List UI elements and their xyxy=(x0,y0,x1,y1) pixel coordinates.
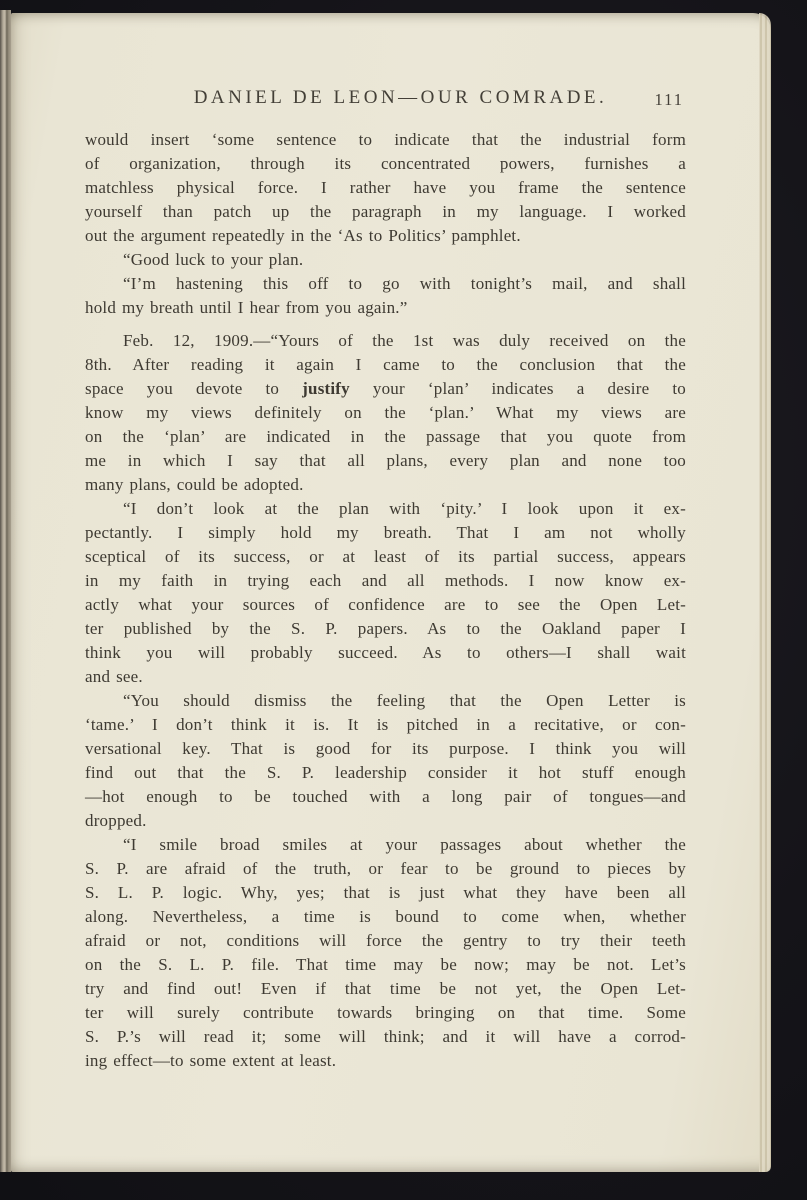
text-line: out the argument repeatedly in the ‘As t… xyxy=(85,224,686,248)
text-segment: space you devote to xyxy=(85,379,302,398)
text-line: ‘tame.’ I don’t think it is. It is pitch… xyxy=(85,713,686,737)
text-line: ing effect—to some extent at least. xyxy=(85,1049,686,1073)
text-line: ter will surely contribute towards bring… xyxy=(85,1001,686,1025)
text-line: versational key. That is good for its pu… xyxy=(85,737,686,761)
text-line: “I don’t look at the plan with ‘pity.’ I… xyxy=(85,497,686,521)
text-line: yourself than patch up the paragraph in … xyxy=(85,200,686,224)
text-line: ter published by the S. P. papers. As to… xyxy=(85,617,686,641)
paragraph: Feb. 12, 1909.—“Yours of the 1st was dul… xyxy=(85,329,686,497)
scanned-book-photo: DANIEL DE LEON—OUR COMRADE. 111 would in… xyxy=(0,0,807,1200)
text-line: —hot enough to be touched with a long pa… xyxy=(85,785,686,809)
text-line: “Good luck to your plan. xyxy=(85,248,686,272)
text-line: “I smile broad smiles at your passages a… xyxy=(85,833,686,857)
text-line: me in which I say that all plans, every … xyxy=(85,449,686,473)
text-line: along. Nevertheless, a time is bound to … xyxy=(85,905,686,929)
paragraph: “I don’t look at the plan with ‘pity.’ I… xyxy=(85,497,686,689)
text-line: of organization, through its concentrate… xyxy=(85,152,686,176)
text-line: actly what your sources of confidence ar… xyxy=(85,593,686,617)
book-page: DANIEL DE LEON—OUR COMRADE. 111 would in… xyxy=(11,13,771,1172)
text-line: hold my breath until I hear from you aga… xyxy=(85,296,686,320)
text-line: “I’m hastening this off to go with tonig… xyxy=(85,272,686,296)
text-line: afraid or not, conditions will force the… xyxy=(85,929,686,953)
paragraph: “I’m hastening this off to go with tonig… xyxy=(85,272,686,320)
running-head-title: DANIEL DE LEON—OUR COMRADE. xyxy=(85,87,686,109)
page-header: DANIEL DE LEON—OUR COMRADE. 111 xyxy=(85,87,686,115)
text-line: sceptical of its success, or at least of… xyxy=(85,545,686,569)
text-line: try and find out! Even if that time be n… xyxy=(85,977,686,1001)
text-line: S. P.’s will read it; some will think; a… xyxy=(85,1025,686,1049)
text-line: matchless physical force. I rather have … xyxy=(85,176,686,200)
text-line: 8th. After reading it again I came to th… xyxy=(85,353,686,377)
paragraph: “Good luck to your plan. xyxy=(85,248,686,272)
text-line: Feb. 12, 1909.—“Yours of the 1st was dul… xyxy=(85,329,686,353)
text-line: on the S. L. P. file. That time may be n… xyxy=(85,953,686,977)
text-line: would insert ‘some sentence to indicate … xyxy=(85,128,686,152)
text-line: know my views definitely on the ‘plan.’ … xyxy=(85,401,686,425)
text-line: S. L. P. logic. Why, yes; that is just w… xyxy=(85,881,686,905)
page-number: 111 xyxy=(654,90,684,110)
bold-word: justify xyxy=(302,379,350,398)
paragraph: “You should dismiss the feeling that the… xyxy=(85,689,686,833)
text-line: think you will probably succeed. As to o… xyxy=(85,641,686,665)
text-line: dropped. xyxy=(85,809,686,833)
text-line: find out that the S. P. leadership consi… xyxy=(85,761,686,785)
text-line: and see. xyxy=(85,665,686,689)
text-line: on the ‘plan’ are indicated in the passa… xyxy=(85,425,686,449)
text-line: many plans, could be adopted. xyxy=(85,473,686,497)
text-line: in my faith in trying each and all metho… xyxy=(85,569,686,593)
text-segment: your ‘plan’ indicates a desire to xyxy=(350,379,686,398)
paragraph: “I smile broad smiles at your passages a… xyxy=(85,833,686,1073)
text-line: pectantly. I simply hold my breath. That… xyxy=(85,521,686,545)
page-body: would insert ‘some sentence to indicate … xyxy=(85,128,686,1073)
text-line: S. P. are afraid of the truth, or fear t… xyxy=(85,857,686,881)
paragraph: would insert ‘some sentence to indicate … xyxy=(85,128,686,248)
text-line: “You should dismiss the feeling that the… xyxy=(85,689,686,713)
page-edge-stack xyxy=(759,13,771,1172)
book-spine-gutter xyxy=(0,10,11,1172)
text-line: space you devote to justify your ‘plan’ … xyxy=(85,377,686,401)
